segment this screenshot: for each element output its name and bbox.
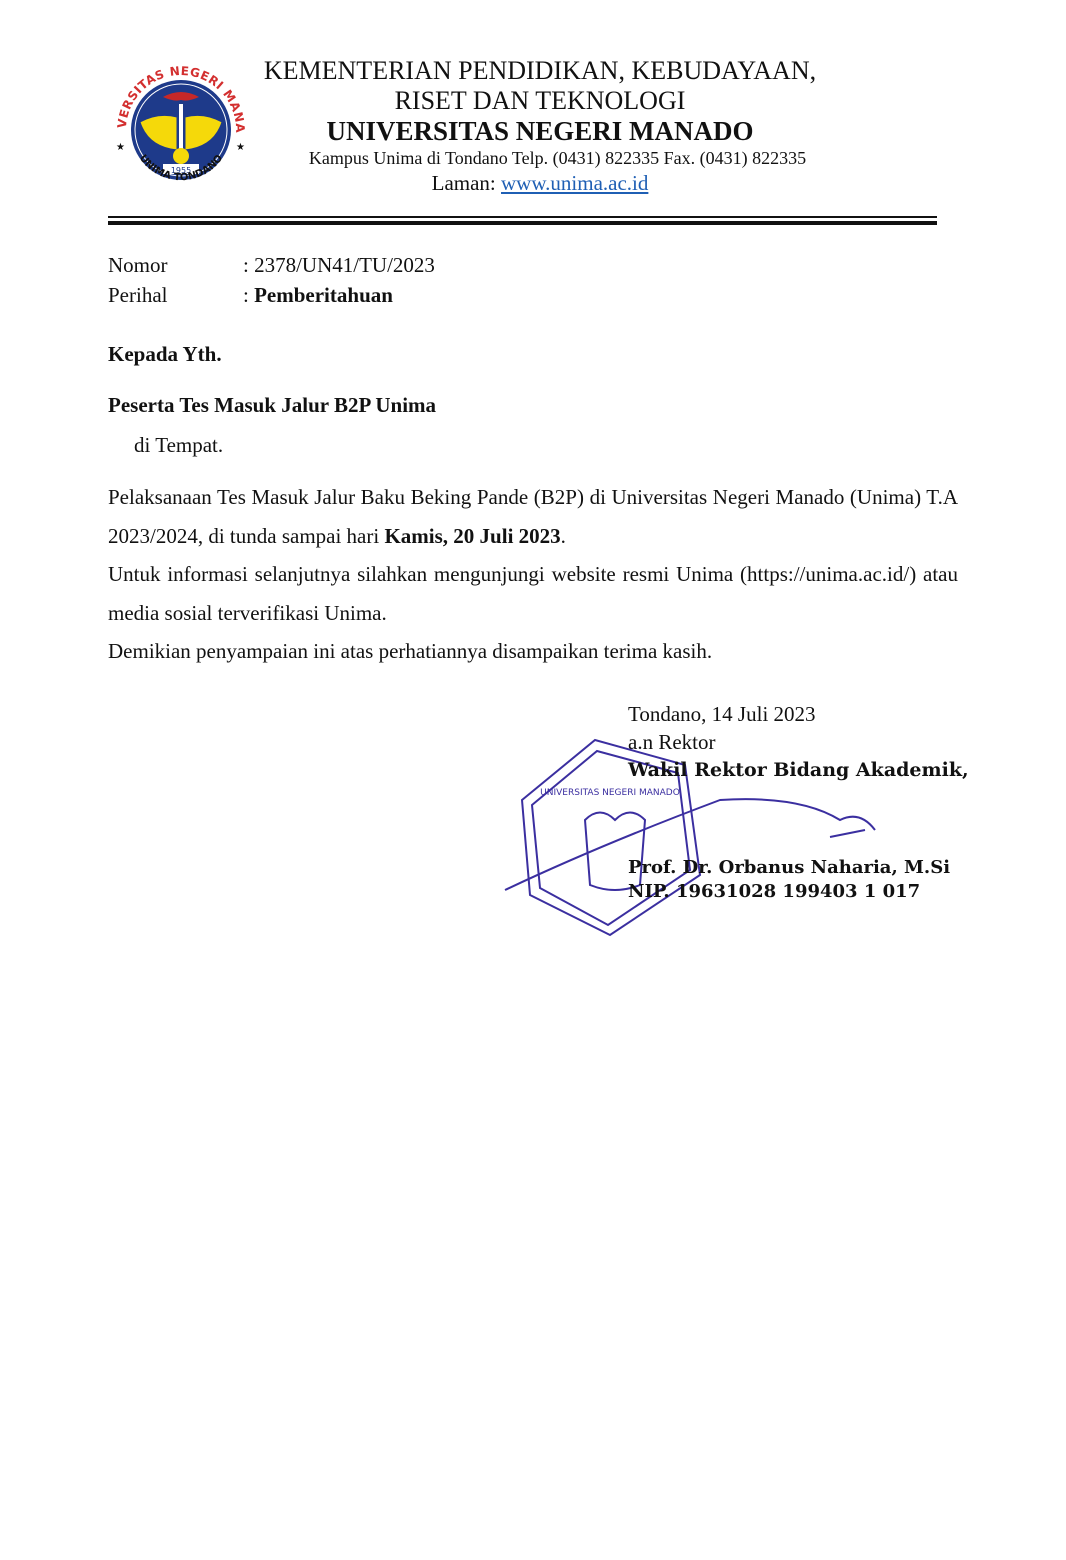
perihal-value: Pemberitahuan xyxy=(254,280,393,310)
address: Kampus Unima di Tondano Telp. (0431) 822… xyxy=(275,146,840,170)
university-seal-icon: UNIVERSITAS NEGERI MANADO 1955 ★ ★ UNIMA… xyxy=(108,52,254,198)
place-date: Tondano, 14 Juli 2023 xyxy=(628,700,969,728)
paragraph-2: Untuk informasi selanjutnya silahkan men… xyxy=(108,555,958,632)
university-name: UNIVERSITAS NEGERI MANADO xyxy=(240,116,840,146)
recipient: Peserta Tes Masuk Jalur B2P Unima xyxy=(108,393,436,418)
signer-nip: NIP. 19631028 199403 1 017 xyxy=(628,880,969,904)
nomor-label: Nomor xyxy=(108,250,243,280)
recipient-place: di Tempat. xyxy=(134,433,223,458)
website-line: Laman: www.unima.ac.id xyxy=(240,170,840,196)
signer-name: Prof. Dr. Orbanus Naharia, M.Si xyxy=(628,856,969,880)
divider-thick xyxy=(108,221,937,225)
letter-body: Pelaksanaan Tes Masuk Jalur Baku Beking … xyxy=(108,478,958,671)
letterhead: KEMENTERIAN PENDIDIKAN, KEBUDAYAAN, RISE… xyxy=(240,56,840,196)
signature-block: Tondano, 14 Juli 2023 a.n Rektor Wakil R… xyxy=(628,700,969,904)
signer-position: Wakil Rektor Bidang Akademik, xyxy=(628,756,969,784)
letter-meta: Nomor : 2378/UN41/TU/2023 Perihal : Pemb… xyxy=(108,250,435,310)
on-behalf: a.n Rektor xyxy=(628,728,969,756)
paragraph-3: Demikian penyampaian ini atas perhatiann… xyxy=(108,632,958,671)
svg-text:★: ★ xyxy=(116,142,125,153)
website-label: Laman: xyxy=(432,171,496,195)
nomor-value: : 2378/UN41/TU/2023 xyxy=(243,250,435,280)
greeting: Kepada Yth. xyxy=(108,342,222,367)
website-link[interactable]: www.unima.ac.id xyxy=(501,171,648,195)
perihal-label: Perihal xyxy=(108,280,243,310)
postponed-date: Kamis, 20 Juli 2023 xyxy=(384,524,560,548)
ministry-line-1: KEMENTERIAN PENDIDIKAN, KEBUDAYAAN, xyxy=(240,56,840,86)
perihal-colon: : xyxy=(243,280,254,310)
divider-thin xyxy=(108,216,937,218)
paragraph-1: Pelaksanaan Tes Masuk Jalur Baku Beking … xyxy=(108,478,958,555)
ministry-line-2: RISET DAN TEKNOLOGI xyxy=(240,86,840,116)
